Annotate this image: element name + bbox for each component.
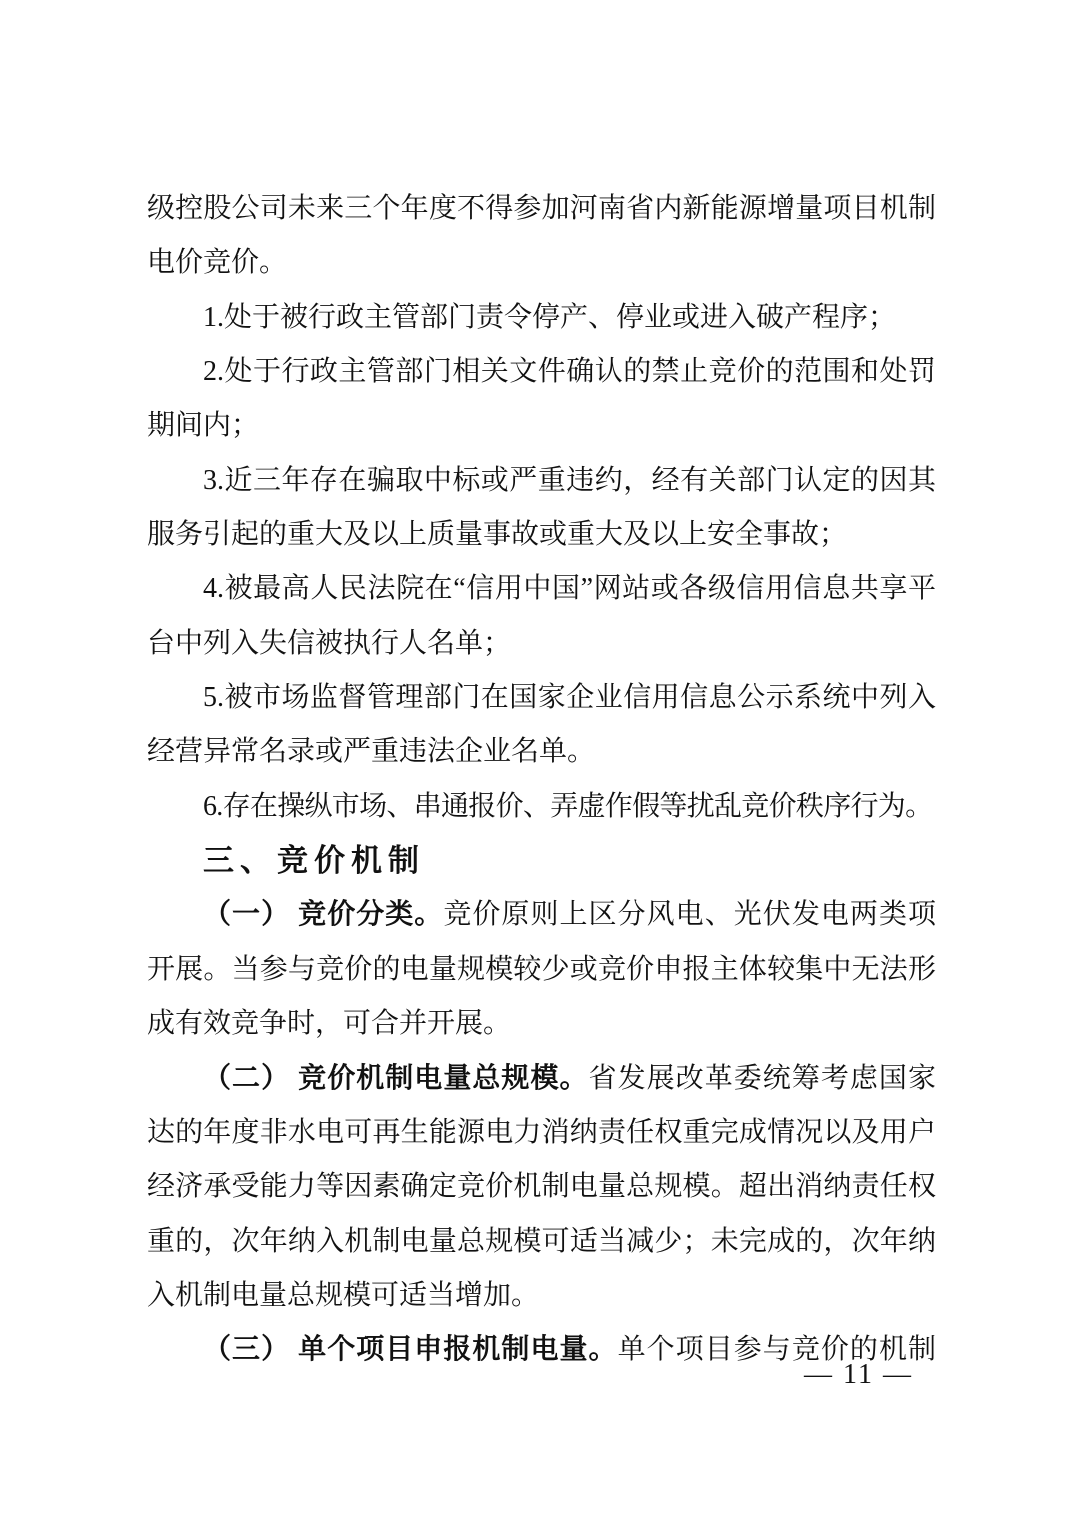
text-line-21: 入机制电量总规模可适当增加。 — [147, 1269, 936, 1323]
body-text: 成有效竞争时，可合并开展。 — [147, 1008, 511, 1039]
text-line-18: 达的年度非水电可再生能源电力消纳责任权重完成情况以及用户 — [147, 1106, 936, 1160]
body-text: 5.被市场监督管理部门在国家企业信用信息公示系统中列入 — [203, 682, 936, 713]
body-text: 台中列入失信被执行人名单； — [147, 628, 511, 659]
body-text: 期间内； — [147, 410, 259, 441]
body-text: 经营异常名录或严重违法企业名单。 — [147, 736, 595, 767]
text-line-9: 台中列入失信被执行人名单； — [147, 617, 936, 671]
body-text: 达的年度非水电可再生能源电力消纳责任权重完成情况以及用户 — [147, 1117, 936, 1148]
clause-title: （三） 单个项目申报机制电量。 — [203, 1334, 618, 1365]
page-number: — 11 — — [804, 1355, 913, 1395]
body-text: 级控股公司未来三个年度不得参加河南省内新能源增量项目机制 — [147, 193, 936, 224]
body-text: 3.近三年存在骗取中标或严重违约，经有关部门认定的因其 — [203, 465, 936, 496]
text-line-14: （一） 竞价分类。竞价原则上区分风电、光伏发电两类项目 — [147, 888, 936, 942]
document-page: 级控股公司未来三个年度不得参加河南省内新能源增量项目机制电价竞价。1.处于被行政… — [0, 0, 1080, 1527]
body-text: 重的，次年纳入机制电量总规模可适当减少；未完成的，次年纳 — [147, 1226, 936, 1257]
text-block: 级控股公司未来三个年度不得参加河南省内新能源增量项目机制电价竞价。1.处于被行政… — [147, 182, 936, 1378]
clause-title: （一） 竞价分类。 — [203, 899, 443, 930]
text-line-5: 期间内； — [147, 399, 936, 453]
section-heading: 三、竞价机制 — [203, 843, 425, 878]
body-text: 服务引起的重大及以上质量事故或重大及以上安全事故； — [147, 519, 847, 550]
body-text: 开展。当参与竞价的电量规模较少或竞价申报主体较集中无法形 — [147, 954, 936, 985]
body-text: 经济承受能力等因素确定竞价机制电量总规模。超出消纳责任权 — [147, 1171, 936, 1202]
text-line-20: 重的，次年纳入机制电量总规模可适当减少；未完成的，次年纳 — [147, 1215, 936, 1269]
text-line-3: 1.处于被行政主管部门责令停产、停业或进入破产程序； — [147, 291, 936, 345]
body-text: 6.存在操纵市场、串通报价、弄虚作假等扰乱竞价秩序行为。 — [203, 791, 932, 822]
body-text: 入机制电量总规模可适当增加。 — [147, 1280, 539, 1311]
text-line-1: 级控股公司未来三个年度不得参加河南省内新能源增量项目机制 — [147, 182, 936, 236]
text-line-16: 成有效竞争时，可合并开展。 — [147, 997, 936, 1051]
text-line-12: 6.存在操纵市场、串通报价、弄虚作假等扰乱竞价秩序行为。 — [147, 780, 936, 834]
text-line-19: 经济承受能力等因素确定竞价机制电量总规模。超出消纳责任权 — [147, 1160, 936, 1214]
text-line-7: 服务引起的重大及以上质量事故或重大及以上安全事故； — [147, 508, 936, 562]
text-line-17: （二） 竞价机制电量总规模。省发展改革委统筹考虑国家下 — [147, 1052, 936, 1106]
text-line-8: 4.被最高人民法院在“信用中国”网站或各级信用信息共享平 — [147, 562, 936, 616]
body-text: 4.被最高人民法院在“信用中国”网站或各级信用信息共享平 — [203, 573, 936, 604]
clause-title: （二） 竞价机制电量总规模。 — [203, 1063, 589, 1094]
body-text: 电价竞价。 — [147, 247, 287, 278]
text-line-6: 3.近三年存在骗取中标或严重违约，经有关部门认定的因其 — [147, 454, 936, 508]
body-text: 1.处于被行政主管部门责令停产、停业或进入破产程序； — [203, 302, 896, 333]
body-text: 2.处于行政主管部门相关文件确认的禁止竞价的范围和处罚 — [203, 356, 936, 387]
text-line-15: 开展。当参与竞价的电量规模较少或竞价申报主体较集中无法形 — [147, 943, 936, 997]
text-line-13: 三、竞价机制 — [147, 834, 936, 888]
text-line-4: 2.处于行政主管部门相关文件确认的禁止竞价的范围和处罚 — [147, 345, 936, 399]
text-line-2: 电价竞价。 — [147, 236, 936, 290]
text-line-10: 5.被市场监督管理部门在国家企业信用信息公示系统中列入 — [147, 671, 936, 725]
text-line-11: 经营异常名录或严重违法企业名单。 — [147, 725, 936, 779]
